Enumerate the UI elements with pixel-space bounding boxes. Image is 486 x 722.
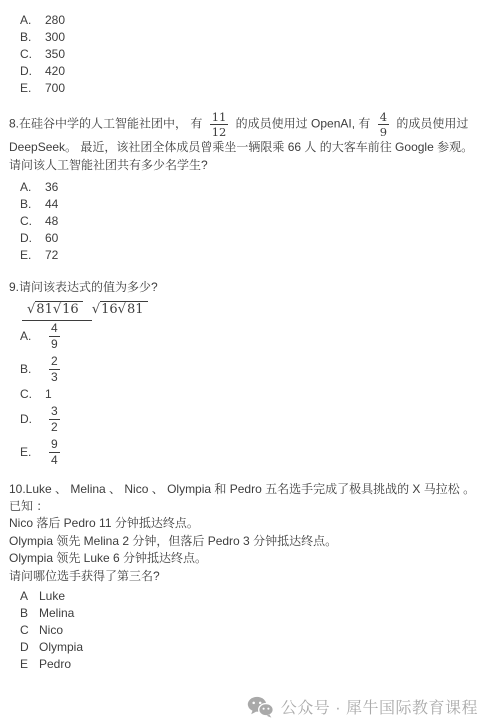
option-label: D. — [20, 412, 45, 426]
option-row: B. 44 — [0, 195, 486, 212]
option-row: E. 72 — [0, 246, 486, 263]
option-fraction: 2 3 — [49, 355, 60, 383]
option-label: E — [20, 657, 39, 671]
option-row: D. 3 2 — [0, 403, 486, 436]
question-8-segment: 8.在硅谷中学的人工智能社团中， 有 — [9, 117, 202, 131]
option-label: D. — [20, 64, 45, 78]
option-row: B. 2 3 — [0, 353, 486, 386]
question-8: 8.在硅谷中学的人工智能社团中， 有 11 12 的成员使用过 OpenAI, … — [0, 110, 486, 263]
option-value: 280 — [45, 13, 65, 27]
fraction-denominator: 12 — [210, 125, 229, 138]
q9-options-list: A. 4 9 B. 2 3 C. 1 D. 3 — [0, 320, 486, 469]
option-value: Nico — [39, 623, 63, 637]
radical-outer: 1681 — [92, 301, 148, 317]
option-row: D Olympia — [0, 638, 486, 655]
option-value: 300 — [45, 30, 65, 44]
option-row: D. 420 — [0, 62, 486, 79]
option-row: E Pedro — [0, 655, 486, 672]
option-label: A — [20, 589, 39, 603]
option-row: D. 60 — [0, 229, 486, 246]
question-9: 9.请问该表达式的值为多少? 8116 1681 A. 4 9 B. — [0, 279, 486, 469]
question-10-line: 10.Luke 、 Melina 、 Nico 、 Olympia 和 Pedr… — [0, 481, 486, 498]
fraction-denominator: 2 — [49, 420, 60, 434]
question-10-line: 已知 ： — [0, 498, 486, 515]
option-value: 36 — [45, 180, 58, 194]
option-value: 72 — [45, 248, 58, 262]
option-fraction: 4 9 — [49, 322, 60, 350]
option-label: A. — [20, 180, 45, 194]
option-row: B. 300 — [0, 28, 486, 45]
option-label: C. — [20, 47, 45, 61]
option-row: A Luke — [0, 587, 486, 604]
question-8-text: 8.在硅谷中学的人工智能社团中， 有 11 12 的成员使用过 OpenAI, … — [0, 110, 486, 174]
expression-fraction: 8116 1681 — [22, 302, 148, 317]
option-row: E. 700 — [0, 79, 486, 96]
option-label: B. — [20, 362, 45, 376]
fraction-numerator: 11 — [210, 111, 229, 125]
question-8-segment: 的成员使用过 OpenAI, 有 — [236, 117, 371, 131]
option-value: Luke — [39, 589, 65, 603]
document-page: A. 280 B. 300 C. 350 D. 420 E. 700 8.在硅谷… — [0, 0, 486, 722]
option-label: C — [20, 623, 39, 637]
option-value: Olympia — [39, 640, 83, 654]
radicand-value: 81 — [126, 301, 146, 317]
watermark: 公众号 · 犀牛国际教育课程 — [247, 695, 478, 718]
fraction-numerator: 4 — [49, 322, 60, 337]
option-label: A. — [20, 13, 45, 27]
option-label: C. — [20, 214, 45, 228]
q8-options-list: A. 36 B. 44 C. 48 D. 60 E. 72 — [0, 178, 486, 263]
fraction-numerator: 9 — [49, 438, 60, 453]
fraction-denominator: 9 — [49, 337, 60, 351]
option-row: B Melina — [0, 604, 486, 621]
question-9-text: 9.请问该表达式的值为多少? — [0, 279, 486, 297]
option-row: C. 1 — [0, 386, 486, 403]
radicand-value: 16 — [101, 302, 118, 317]
option-label: C. — [20, 387, 45, 401]
fraction-11-12: 11 12 — [210, 111, 229, 138]
option-value: Melina — [39, 606, 74, 620]
fraction-numerator: 4 — [378, 111, 389, 125]
option-value: 1 — [45, 387, 52, 401]
option-value: 700 — [45, 81, 65, 95]
option-label: B. — [20, 197, 45, 211]
question-10-line: 请问哪位选手获得了第三名? — [0, 568, 486, 585]
option-fraction: 3 2 — [49, 405, 60, 433]
option-label: D. — [20, 231, 45, 245]
option-value: 60 — [45, 231, 58, 245]
option-value: Pedro — [39, 657, 71, 671]
q10-options-list: A Luke B Melina C Nico D Olympia E Pedro — [0, 587, 486, 672]
option-fraction: 9 4 — [49, 438, 60, 466]
radical-inner: 16 — [53, 301, 81, 317]
option-value: 420 — [45, 64, 65, 78]
option-label: E. — [20, 445, 45, 459]
option-label: E. — [20, 81, 45, 95]
option-row: A. 36 — [0, 178, 486, 195]
fraction-denominator: 3 — [49, 370, 60, 384]
radical-inner: 81 — [118, 301, 146, 317]
question-10: 10.Luke 、 Melina 、 Nico 、 Olympia 和 Pedr… — [0, 481, 486, 672]
option-label: D — [20, 640, 39, 654]
wechat-icon — [247, 696, 274, 718]
fraction-numerator: 2 — [49, 355, 60, 370]
option-label: E. — [20, 248, 45, 262]
fraction-denominator: 4 — [49, 453, 60, 467]
option-row: E. 9 4 — [0, 436, 486, 469]
option-row: C Nico — [0, 621, 486, 638]
radical-outer: 8116 — [27, 301, 83, 317]
option-row: A. 4 9 — [0, 320, 486, 353]
option-row: A. 280 — [0, 11, 486, 28]
fraction-numerator: 3 — [49, 405, 60, 420]
option-label: B — [20, 606, 39, 620]
expression-numerator: 8116 — [22, 300, 92, 321]
radicand-value: 81 — [36, 302, 53, 317]
watermark-text: 公众号 · 犀牛国际教育课程 — [281, 695, 478, 718]
option-row: C. 48 — [0, 212, 486, 229]
option-row: C. 350 — [0, 45, 486, 62]
question-10-line: Olympia 领先 Luke 6 分钟抵达终点。 — [0, 550, 486, 567]
option-value: 44 — [45, 197, 58, 211]
q7-options-list: A. 280 B. 300 C. 350 D. 420 E. 700 — [0, 11, 486, 96]
math-expression: 8116 1681 — [22, 302, 486, 317]
expression-denominator: 1681 — [92, 299, 148, 317]
question-10-line: Nico 落后 Pedro 11 分钟抵达终点。 — [0, 515, 486, 532]
question-10-line: Olympia 领先 Melina 2 分钟，但落后 Pedro 3 分钟抵达终… — [0, 533, 486, 550]
option-value: 350 — [45, 47, 65, 61]
option-label: B. — [20, 30, 45, 44]
option-label: A. — [20, 329, 45, 343]
option-value: 48 — [45, 214, 58, 228]
radicand-value: 16 — [61, 301, 81, 317]
fraction-denominator: 9 — [378, 125, 389, 138]
fraction-4-9: 4 9 — [378, 111, 389, 138]
